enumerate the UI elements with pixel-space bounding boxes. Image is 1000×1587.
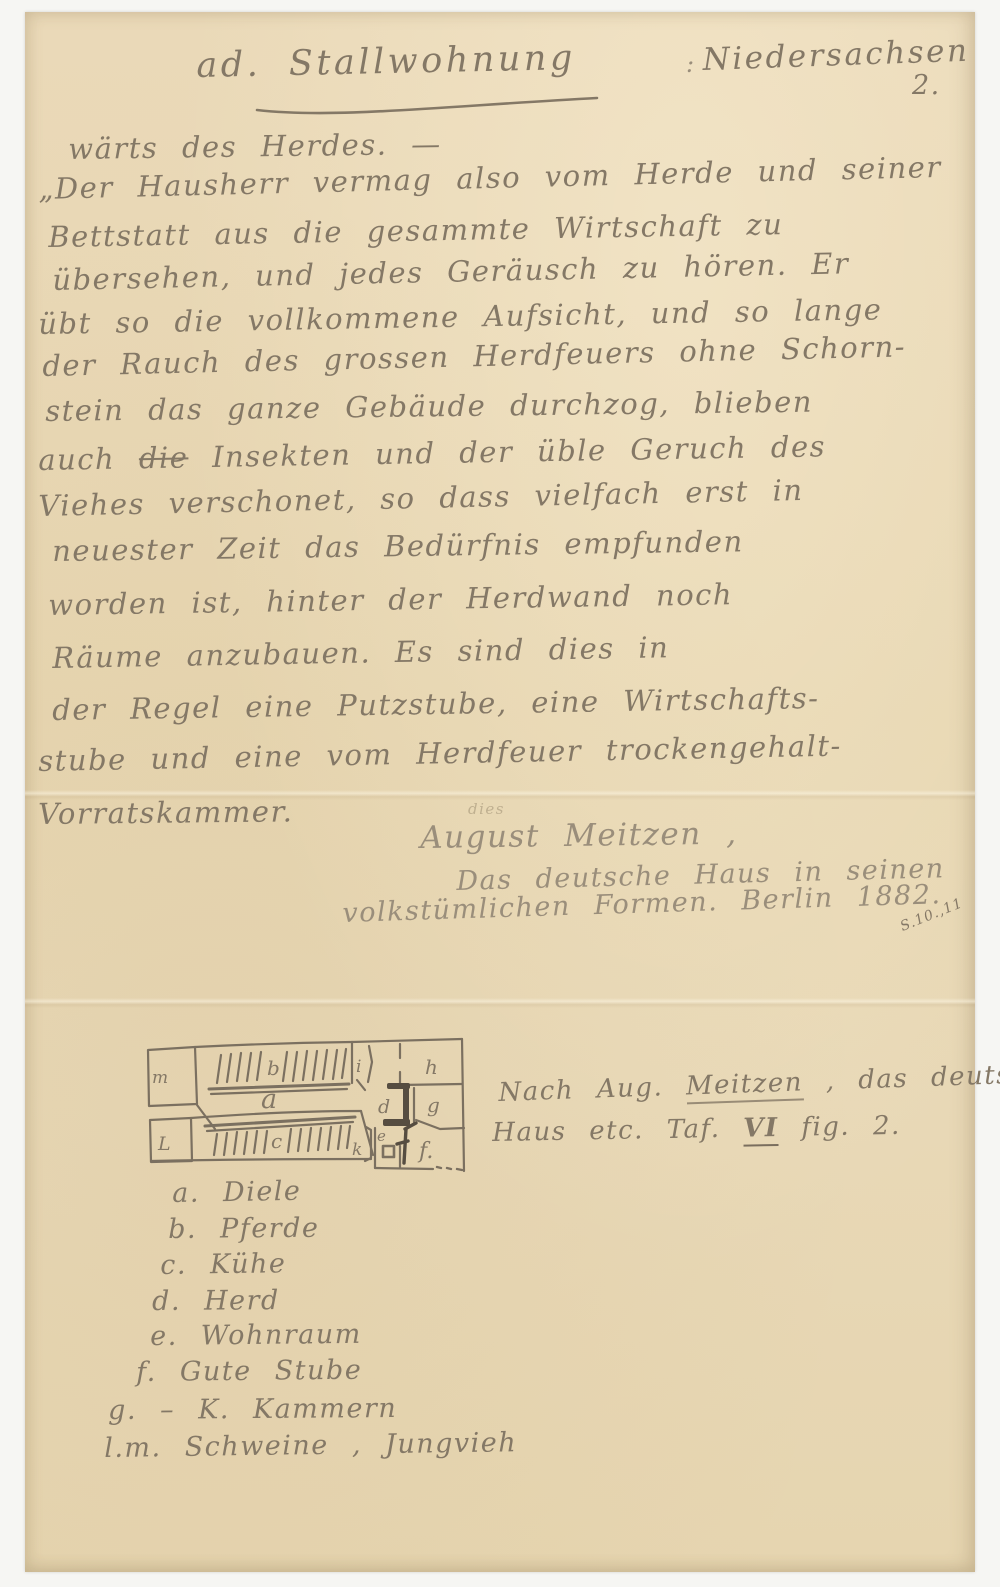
page-number: 2. xyxy=(912,70,941,101)
attribution-author: August Meitzen , xyxy=(420,816,738,856)
legend-item: d. Herd xyxy=(152,1285,280,1317)
caption-text: fig. 2. xyxy=(778,1111,901,1143)
legend-item: a. Diele xyxy=(172,1176,302,1209)
room-label-k: k xyxy=(352,1140,362,1160)
room-label-e: e xyxy=(377,1127,386,1145)
plan-room-L-outline xyxy=(150,1118,192,1162)
room-label-L: L xyxy=(157,1133,171,1155)
caption-text: Haus etc. Taf. xyxy=(492,1114,744,1148)
stall-hatching-top xyxy=(217,1049,346,1083)
room-label-f: f. xyxy=(417,1139,433,1164)
legend-item: b. Pferde xyxy=(168,1213,320,1245)
room-label-a: a xyxy=(261,1084,277,1115)
room-label-b: b xyxy=(267,1056,280,1080)
legend-item: g. – K. Kammern xyxy=(108,1393,397,1426)
page-title: ad. Stallwohnung xyxy=(196,38,576,86)
room-label-m: m xyxy=(152,1068,168,1088)
room-label-i: i xyxy=(356,1057,361,1077)
room-label-h: h xyxy=(425,1055,438,1079)
legend-item: f. Gute Stube xyxy=(136,1355,362,1388)
room-label-d: d xyxy=(378,1096,390,1118)
strikethrough-word: die xyxy=(139,440,189,475)
legend-item: c. Kühe xyxy=(160,1248,287,1281)
manuscript-line: Vorratskammer. xyxy=(38,794,294,831)
caption-author-underlined: Meitzen xyxy=(685,1067,803,1104)
legend-item: e. Wohnraum xyxy=(150,1319,362,1352)
separator-mark: : xyxy=(686,50,696,78)
floor-plan: m b i h a d g L c k e f. xyxy=(135,1028,475,1178)
room-label-c: c xyxy=(271,1129,282,1153)
manuscript-scan: ad. Stallwohnung : Niedersachsen 2. wärt… xyxy=(0,0,1000,1587)
plate-number-underlined: VI xyxy=(743,1113,779,1147)
manuscript-line: wärts des Herdes. — xyxy=(68,127,442,166)
room-label-g: g xyxy=(427,1093,440,1117)
line-pre: auch xyxy=(38,441,139,477)
faint-note: dies xyxy=(468,800,505,818)
legend-item: l.m. Schweine , Jungvieh xyxy=(104,1427,517,1464)
title-underline xyxy=(245,92,615,126)
